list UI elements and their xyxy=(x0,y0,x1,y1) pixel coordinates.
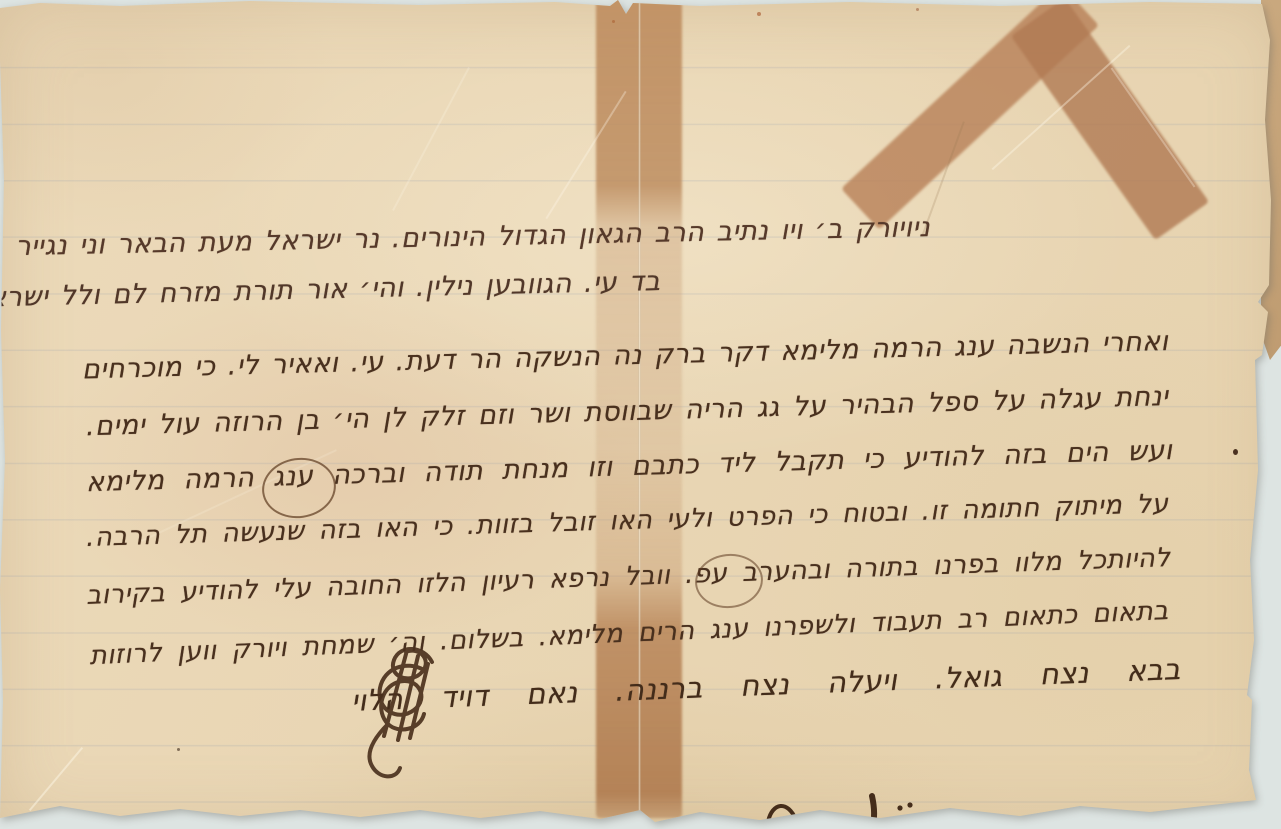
paper-stain-speck xyxy=(177,748,180,751)
signature-flourish xyxy=(336,640,458,792)
ink-dot xyxy=(1233,449,1238,455)
paper-stain-speck xyxy=(916,8,919,11)
paper-stain-speck xyxy=(612,20,615,23)
paper-shadow: ניויורק ב׳ ויו נתיב הרב הגאון הגדול הינו… xyxy=(0,0,1281,829)
letter-paper: ניויורק ב׳ ויו נתיב הרב הגאון הגדול הינו… xyxy=(0,0,1281,829)
torn-ink-fragments xyxy=(750,790,950,829)
scanned-letter-canvas: ניויורק ב׳ ויו נתיב הרב הגאון הגדול הינו… xyxy=(0,0,1281,829)
paper-stain-speck xyxy=(757,12,761,16)
